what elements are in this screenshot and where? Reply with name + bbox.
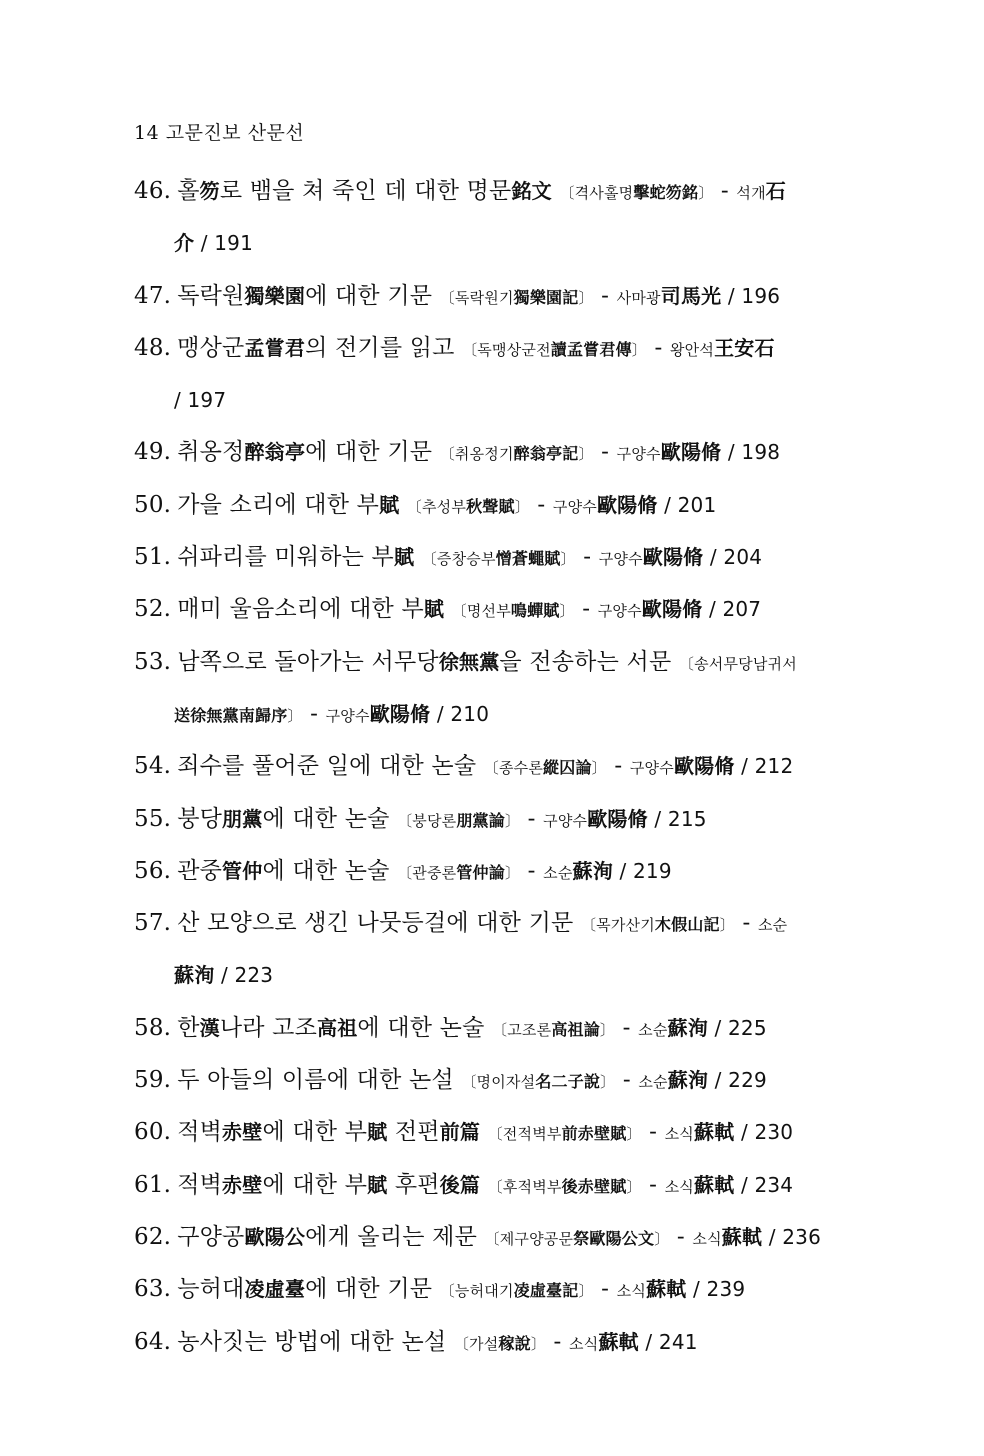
toc-entry: 51.쉬파리를 미워하는 부賦 〔증창승부憎蒼蠅賦〕 - 구양수歐陽脩 / 20… xyxy=(134,536,854,588)
page-ref: / 223 xyxy=(214,963,273,987)
entry-number: 50. xyxy=(134,492,171,518)
hanja-text: 賦 xyxy=(379,493,399,517)
entry-text: 소식 xyxy=(665,1125,694,1143)
hanja-text: 賦 xyxy=(367,1120,387,1144)
hanja-text: 後篇 xyxy=(440,1173,480,1197)
entry-text: 적벽 xyxy=(177,1119,222,1145)
running-header: 14 고문진보 산문선 xyxy=(134,118,304,145)
entry-text: 〕 xyxy=(531,1335,546,1353)
hanja-text: 賦 xyxy=(367,1173,387,1197)
hanja-text: 歐陽脩 xyxy=(587,807,648,831)
entry-text: 산 모양으로 생긴 나뭇등걸에 대한 기문 xyxy=(177,910,581,936)
entry-number: 59. xyxy=(134,1067,171,1093)
entry-text: 붕당 xyxy=(177,806,222,832)
entry-text xyxy=(399,492,407,518)
entry-text: 〔종수론 xyxy=(484,759,543,777)
hanja-text: 秋聲賦 xyxy=(466,497,515,516)
entry-text: 〕 xyxy=(560,602,575,620)
entry-text: 〕 xyxy=(578,1282,593,1300)
toc-entry: 52.매미 울음소리에 대한 부賦 〔명선부鳴蟬賦〕 - 구양수歐陽脩 / 20… xyxy=(134,588,854,640)
toc-entry: 63.능허대凌虛臺에 대한 기문 〔능허대기凌虛臺記〕 - 소식蘇軾 / 239 xyxy=(134,1268,854,1320)
toc-entry: 55.붕당朋黨에 대한 논술 〔붕당론朋黨論〕 - 구양수歐陽脩 / 215 xyxy=(134,798,854,850)
page-ref: / 239 xyxy=(686,1277,745,1301)
entry-text: 〔관중론 xyxy=(397,864,456,882)
entry-number: 60. xyxy=(134,1119,171,1145)
entry-text: - xyxy=(713,178,736,204)
entry-text: 에 대한 부 xyxy=(262,1119,367,1145)
toc-entry: 54.죄수를 풀어준 일에 대한 논술 〔종수론縱囚論〕 - 구양수歐陽脩 / … xyxy=(134,745,854,797)
hanja-text: 赤壁 xyxy=(222,1173,262,1197)
toc-entry: 50.가을 소리에 대한 부賦 〔추성부秋聲賦〕 - 구양수歐陽脩 / 201 xyxy=(134,484,854,536)
hanja-text: 祭歐陽公文 xyxy=(573,1229,654,1248)
entry-number: 57. xyxy=(134,910,171,936)
entry-text: - xyxy=(303,701,326,727)
entry-text: 사마광 xyxy=(617,289,661,307)
entry-text: 〕 xyxy=(698,184,713,202)
entry-text: - xyxy=(594,1276,617,1302)
entry-text: - xyxy=(546,1329,569,1355)
page-number: 14 xyxy=(134,122,159,144)
hanja-text: 蘇洵 xyxy=(573,859,613,883)
entry-text: 전편 xyxy=(387,1119,439,1145)
entry-number: 62. xyxy=(134,1224,171,1250)
hanja-text: 鳴蟬賦 xyxy=(511,601,560,620)
hanja-text: 縱囚論 xyxy=(543,758,592,777)
entry-text: 〔전적벽부 xyxy=(488,1125,562,1143)
entry-text: 〕 xyxy=(654,1230,669,1248)
entry-text: 죄수를 풀어준 일에 대한 논술 xyxy=(177,753,484,779)
page-ref: / 234 xyxy=(734,1173,793,1197)
entry-text: - xyxy=(615,1067,638,1093)
entry-text: 의 전기를 읽고 xyxy=(305,335,462,361)
page-ref: / 191 xyxy=(194,231,253,255)
hanja-text: 銘文 xyxy=(511,179,551,203)
entry-text xyxy=(480,1172,488,1198)
entry-text: 〔고조론 xyxy=(492,1021,551,1039)
hanja-text: 歐陽公 xyxy=(244,1225,305,1249)
entry-text: - xyxy=(576,544,599,570)
hanja-text: 歐陽脩 xyxy=(661,440,722,464)
entry-text: 구양수 xyxy=(617,445,661,463)
entry-text: 소순 xyxy=(638,1021,667,1039)
entry-text: 〕 xyxy=(626,1178,641,1196)
entry-text: 나라 고조 xyxy=(220,1015,317,1041)
entry-text: 〕 xyxy=(578,289,593,307)
entry-number: 64. xyxy=(134,1329,171,1355)
toc-entry: 62.구양공歐陽公에게 올리는 제문 〔제구양공문祭歐陽公文〕 - 소식蘇軾 /… xyxy=(134,1216,854,1268)
page-ref: / 230 xyxy=(734,1120,793,1144)
entry-text: 〕 xyxy=(515,498,530,516)
entry-text: - xyxy=(520,806,543,832)
page-ref: / 210 xyxy=(430,702,489,726)
toc-entry: 47.독락원獨樂園에 대한 기문 〔독락원기獨樂園記〕 - 사마광司馬光 / 1… xyxy=(134,275,854,327)
toc-entry: 46.홀笏로 뱀을 쳐 죽인 데 대한 명문銘文 〔격사홀명擊蛇笏銘〕 - 석개… xyxy=(134,170,854,222)
entry-text: 에 대한 논술 xyxy=(357,1015,492,1041)
toc-entry: 49.취옹정醉翁亭에 대한 기문 〔취옹정기醉翁亭記〕 - 구양수歐陽脩 / 1… xyxy=(134,431,854,483)
entry-text: 능허대 xyxy=(177,1276,244,1302)
hanja-text: 蘇軾 xyxy=(598,1330,638,1354)
entry-text: 〔제구양공문 xyxy=(485,1230,574,1248)
page-ref: / 229 xyxy=(708,1068,767,1092)
hanja-text: 歐陽脩 xyxy=(674,754,735,778)
toc-entry: 59.두 아들의 이름에 대한 논설 〔명이자설名二子說〕 - 소순蘇洵 / 2… xyxy=(134,1059,854,1111)
entry-text: 〔명선부 xyxy=(452,602,511,620)
page-ref: / 236 xyxy=(762,1225,821,1249)
hanja-text: 蘇洵 xyxy=(668,1068,708,1092)
page-ref: / 241 xyxy=(639,1330,698,1354)
toc-entry: 64.농사짓는 방법에 대한 논설 〔가설稼說〕 - 소식蘇軾 / 241 xyxy=(134,1321,854,1373)
entry-text: - xyxy=(735,910,758,936)
entry-text: 구양수 xyxy=(326,707,370,725)
entry-text: 에 대한 논술 xyxy=(262,858,397,884)
entry-text: 매미 울음소리에 대한 부 xyxy=(177,596,424,622)
entry-text: 후편 xyxy=(387,1172,439,1198)
hanja-text: 蘇洵 xyxy=(174,963,214,987)
toc-entry: 60.적벽赤壁에 대한 부賦 전편前篇 〔전적벽부前赤壁賦〕 - 소식蘇軾 / … xyxy=(134,1111,854,1163)
entry-text xyxy=(480,1119,488,1145)
entry-text: 〕 xyxy=(578,445,593,463)
entry-text xyxy=(444,596,452,622)
entry-text: 로 뱀을 쳐 죽인 데 대한 명문 xyxy=(220,178,512,204)
hanja-text: 漢 xyxy=(200,1016,220,1040)
hanja-text: 徐無黨 xyxy=(439,650,500,674)
hanja-text: 蘇軾 xyxy=(694,1120,734,1144)
entry-text: 〕 xyxy=(600,1021,615,1039)
entry-text: 〔명이자설 xyxy=(461,1073,535,1091)
entry-text: - xyxy=(575,596,598,622)
hanja-text: 獨樂園記 xyxy=(514,288,579,307)
entry-text: 왕안석 xyxy=(670,341,714,359)
table-of-contents: 46.홀笏로 뱀을 쳐 죽인 데 대한 명문銘文 〔격사홀명擊蛇笏銘〕 - 석개… xyxy=(134,170,854,1373)
entry-text: 한 xyxy=(177,1015,199,1041)
entry-text: 〔송서무당남귀서 xyxy=(679,655,797,673)
hanja-text: 獨樂園 xyxy=(244,284,305,308)
entry-text: 취옹정 xyxy=(177,439,244,465)
entry-number: 63. xyxy=(134,1276,171,1302)
toc-entry-continuation: 送徐無黨南歸序〕 - 구양수歐陽脩 / 210 xyxy=(134,693,854,745)
hanja-text: 笏 xyxy=(200,179,220,203)
hanja-text: 蘇軾 xyxy=(646,1277,686,1301)
document-page: 14 고문진보 산문선 46.홀笏로 뱀을 쳐 죽인 데 대한 명문銘文 〔격사… xyxy=(0,0,984,1456)
page-ref: / 225 xyxy=(708,1016,767,1040)
entry-text: 〕 xyxy=(560,550,575,568)
entry-text: 독락원 xyxy=(177,283,244,309)
entry-text: 〔붕당론 xyxy=(397,812,456,830)
hanja-text: 讀孟嘗君傳 xyxy=(551,340,632,359)
entry-text: 두 아들의 이름에 대한 논설 xyxy=(177,1067,461,1093)
entry-text: 소순 xyxy=(543,864,572,882)
hanja-text: 管仲論 xyxy=(456,863,505,882)
entry-number: 61. xyxy=(134,1172,171,1198)
entry-text: 〕 xyxy=(600,1073,615,1091)
hanja-text: 王安石 xyxy=(714,336,775,360)
entry-text: 〔후적벽부 xyxy=(488,1178,562,1196)
toc-entry-continuation: 蘇洵 / 223 xyxy=(134,954,854,1006)
hanja-text: 介 xyxy=(174,231,194,255)
entry-number: 53. xyxy=(134,649,171,675)
entry-text: 적벽 xyxy=(177,1172,222,1198)
entry-number: 58. xyxy=(134,1015,171,1041)
entry-number: 48. xyxy=(134,335,171,361)
entry-text: 에 대한 기문 xyxy=(305,439,440,465)
entry-text: 을 전송하는 서문 xyxy=(499,649,678,675)
toc-entry: 61.적벽赤壁에 대한 부賦 후편後篇 〔후적벽부後赤壁賦〕 - 소식蘇軾 / … xyxy=(134,1164,854,1216)
entry-text: 〔가설 xyxy=(454,1335,499,1353)
entry-number: 56. xyxy=(134,858,171,884)
entry-text: - xyxy=(594,283,617,309)
hanja-text: 前赤壁賦 xyxy=(562,1124,627,1143)
hanja-text: 凌虛臺 xyxy=(244,1277,305,1301)
hanja-text: 賦 xyxy=(424,597,444,621)
entry-text: - xyxy=(647,335,670,361)
entry-text: - xyxy=(530,492,553,518)
entry-text: - xyxy=(669,1224,692,1250)
entry-number: 55. xyxy=(134,806,171,832)
hanja-text: 名二子說 xyxy=(535,1072,600,1091)
hanja-text: 前篇 xyxy=(440,1120,480,1144)
entry-text: 〔목가산기 xyxy=(581,916,655,934)
hanja-text: 管仲 xyxy=(222,859,262,883)
hanja-text: 朋黨論 xyxy=(456,811,505,830)
entry-text: - xyxy=(607,753,630,779)
entry-text: - xyxy=(615,1015,638,1041)
page-ref: / 207 xyxy=(702,597,761,621)
hanja-text: 醉翁亭 xyxy=(244,440,305,464)
toc-entry-continuation: / 197 xyxy=(134,379,854,431)
entry-number: 49. xyxy=(134,439,171,465)
hanja-text: 憎蒼蠅賦 xyxy=(496,549,561,568)
entry-text: 소순 xyxy=(638,1073,667,1091)
entry-text: 에 대한 기문 xyxy=(305,283,440,309)
entry-text: 〕 xyxy=(592,759,607,777)
hanja-text: 蘇軾 xyxy=(694,1173,734,1197)
entry-text: 구양수 xyxy=(543,812,587,830)
hanja-text: 送徐無黨南歸序 xyxy=(174,706,287,725)
entry-text: 구양수 xyxy=(599,550,643,568)
hanja-text: 木假山記 xyxy=(655,915,720,934)
hanja-text: 赤壁 xyxy=(222,1120,262,1144)
entry-text: 〔추성부 xyxy=(407,498,466,516)
hanja-text: 司馬光 xyxy=(661,284,722,308)
entry-text: 에 대한 기문 xyxy=(305,1276,440,1302)
entry-text: 〔능허대기 xyxy=(440,1282,514,1300)
hanja-text: 孟嘗君 xyxy=(244,336,305,360)
entry-text: 구양수 xyxy=(598,602,642,620)
entry-text: 구양수 xyxy=(630,759,674,777)
book-title: 고문진보 산문선 xyxy=(166,122,305,144)
toc-entry: 58.한漢나라 고조高祖에 대한 논술 〔고조론高祖論〕 - 소순蘇洵 / 22… xyxy=(134,1007,854,1059)
entry-text: 소식 xyxy=(569,1335,598,1353)
entry-text: 남쪽으로 돌아가는 서무당 xyxy=(177,649,439,675)
entry-text: 〔격사홀명 xyxy=(559,184,633,202)
entry-text: 〔독맹상군전 xyxy=(462,341,551,359)
entry-number: 47. xyxy=(134,283,171,309)
entry-text: 구양공 xyxy=(177,1224,244,1250)
entry-text: 소순 xyxy=(758,916,787,934)
hanja-text: 蘇軾 xyxy=(722,1225,762,1249)
entry-text: 소식 xyxy=(617,1282,646,1300)
hanja-text: 稼說 xyxy=(498,1334,530,1353)
toc-entry: 57.산 모양으로 생긴 나뭇등걸에 대한 기문 〔목가산기木假山記〕 - 소순 xyxy=(134,902,854,954)
hanja-text: 朋黨 xyxy=(222,807,262,831)
hanja-text: 高祖 xyxy=(317,1016,357,1040)
entry-text: 석개 xyxy=(736,184,765,202)
entry-text: 〕 xyxy=(626,1125,641,1143)
entry-text: - xyxy=(594,439,617,465)
page-ref: / 219 xyxy=(613,859,672,883)
hanja-text: 擊蛇笏銘 xyxy=(633,183,698,202)
entry-text: - xyxy=(520,858,543,884)
entry-text: 맹상군 xyxy=(177,335,244,361)
page-ref: / 198 xyxy=(721,440,780,464)
entry-number: 46. xyxy=(134,178,171,204)
page-ref: / 197 xyxy=(174,388,226,412)
hanja-text: 蘇洵 xyxy=(668,1016,708,1040)
page-ref: / 204 xyxy=(703,545,762,569)
entry-text: 홀 xyxy=(177,178,199,204)
entry-text: 〕 xyxy=(720,916,735,934)
entry-text: 〕 xyxy=(505,864,520,882)
page-ref: / 201 xyxy=(658,493,717,517)
entry-number: 51. xyxy=(134,544,171,570)
entry-text: - xyxy=(642,1172,665,1198)
hanja-text: 醉翁亭記 xyxy=(514,444,579,463)
page-ref: / 212 xyxy=(735,754,794,778)
toc-entry: 56.관중管仲에 대한 논술 〔관중론管仲論〕 - 소순蘇洵 / 219 xyxy=(134,850,854,902)
entry-text: 〔독락원기 xyxy=(440,289,514,307)
hanja-text: 後赤壁賦 xyxy=(562,1177,627,1196)
hanja-text: 歐陽脩 xyxy=(597,493,658,517)
hanja-text: 凌虛臺記 xyxy=(514,1281,579,1300)
toc-entry: 53.남쪽으로 돌아가는 서무당徐無黨을 전송하는 서문 〔송서무당남귀서 xyxy=(134,641,854,693)
hanja-text: 石 xyxy=(766,179,786,203)
entry-text: 농사짓는 방법에 대한 논설 xyxy=(177,1329,454,1355)
hanja-text: 歐陽脩 xyxy=(642,597,703,621)
entry-text xyxy=(414,544,422,570)
hanja-text: 歐陽脩 xyxy=(370,702,431,726)
hanja-text: 賦 xyxy=(394,545,414,569)
page-ref: / 215 xyxy=(648,807,707,831)
entry-text: 〔취옹정기 xyxy=(440,445,514,463)
entry-text: 에게 올리는 제문 xyxy=(305,1224,484,1250)
entry-text: 에 대한 부 xyxy=(262,1172,367,1198)
entry-text: 소식 xyxy=(665,1178,694,1196)
entry-text: - xyxy=(642,1119,665,1145)
entry-text: 에 대한 논술 xyxy=(262,806,397,832)
toc-entry: 48.맹상군孟嘗君의 전기를 읽고 〔독맹상군전讀孟嘗君傳〕 - 왕안석王安石 xyxy=(134,327,854,379)
entry-text: 구양수 xyxy=(553,498,597,516)
page-ref: / 196 xyxy=(721,284,780,308)
toc-entry-continuation: 介 / 191 xyxy=(134,222,854,274)
entry-text: 쉬파리를 미워하는 부 xyxy=(177,544,394,570)
entry-text: 가을 소리에 대한 부 xyxy=(177,492,379,518)
entry-text: 〕 xyxy=(505,812,520,830)
entry-text: 소식 xyxy=(692,1230,721,1248)
hanja-text: 高祖論 xyxy=(551,1020,600,1039)
entry-number: 52. xyxy=(134,596,171,622)
entry-text: 〔증창승부 xyxy=(422,550,496,568)
entry-text: 〕 xyxy=(287,707,302,725)
entry-text: 〕 xyxy=(632,341,647,359)
entry-number: 54. xyxy=(134,753,171,779)
entry-text: 관중 xyxy=(177,858,222,884)
hanja-text: 歐陽脩 xyxy=(643,545,704,569)
